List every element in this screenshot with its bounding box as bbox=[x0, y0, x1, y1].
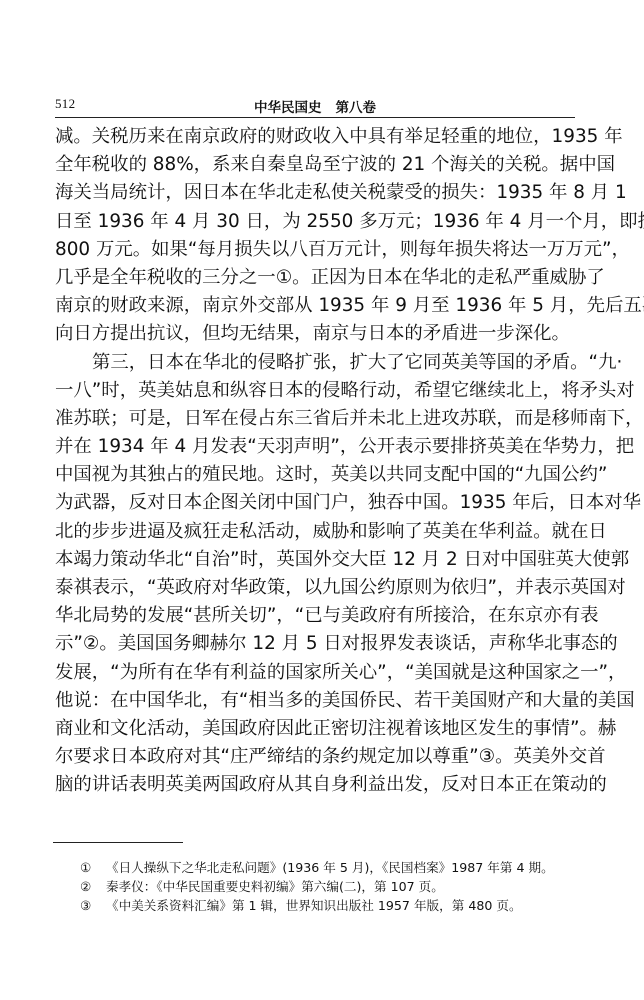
text-line: 华北局势的发展“甚所关切”，“已与美政府有所接洽，在东京亦有表 bbox=[55, 602, 577, 630]
text-line: 北的步步进逼及疯狂走私活动，威胁和影响了英美在华利益。就在日 bbox=[55, 518, 577, 546]
text-line: 中国视为其独占的殖民地。这时，英美以共同支配中国的“九国公约” bbox=[55, 461, 577, 489]
footnote-2: ② 秦孝仪：《中华民国重要史料初编》第六编(二)，第 107 页。 bbox=[80, 877, 580, 896]
text-line: 脑的讲话表明英美两国政府从其自身利益出发，反对日本正在策动的 bbox=[55, 771, 577, 799]
text-line: 南京的财政来源，南京外交部从 1935 年 9 月至 1936 年 5 月，先后… bbox=[55, 292, 577, 320]
running-header: 512 中华民国史第八卷 bbox=[55, 96, 575, 116]
footnote-rule bbox=[53, 842, 183, 843]
volume-label: 第八卷 bbox=[336, 100, 377, 116]
footnote-text: 秦孝仪：《中华民国重要史料初编》第六编(二)，第 107 页。 bbox=[106, 877, 444, 896]
text-line: 本竭力策动华北“自治”时，英国外交大臣 12 月 2 日对中国驻英大使郭 bbox=[55, 546, 577, 574]
text-line: 海关当局统计，因日本在华北走私使关税蒙受的损失：1935 年 8 月 1 bbox=[55, 179, 577, 207]
text-line: 他说：在中国华北，有“相当多的美国侨民、若干美国财产和大量的美国 bbox=[55, 687, 577, 715]
book-page: 512 中华民国史第八卷 减。关税历来在南京政府的财政收入中具有举足轻重的地位，… bbox=[0, 0, 644, 1000]
footnote-mark: ① bbox=[80, 858, 106, 877]
footnote-text: 《中美关系资料汇编》第 1 辑，世界知识出版社 1957 年版，第 480 页。 bbox=[106, 896, 522, 915]
book-title: 中华民国史 bbox=[254, 100, 322, 116]
text-line: 尔要求日本政府对其“庄严缔结的条约规定加以尊重”③。英美外交首 bbox=[55, 743, 577, 771]
body-text: 减。关税历来在南京政府的财政收入中具有举足轻重的地位，1935 年 全年税收的 … bbox=[55, 123, 577, 800]
text-line: 为武器，反对日本企图关闭中国门户，独吞中国。1935 年后，日本对华 bbox=[55, 489, 577, 517]
text-line: 减。关税历来在南京政府的财政收入中具有举足轻重的地位，1935 年 bbox=[55, 123, 577, 151]
text-line: 并在 1934 年 4 月发表“天羽声明”，公开表示要排挤英美在华势力，把 bbox=[55, 433, 577, 461]
text-line: 向日方提出抗议，但均无结果，南京与日本的矛盾进一步深化。 bbox=[55, 320, 577, 348]
header-rule bbox=[55, 117, 575, 118]
text-line: 示”②。美国国务卿赫尔 12 月 5 日对报界发表谈话，声称华北事态的 bbox=[55, 630, 577, 658]
text-line: 一八”时，英美姑息和纵容日本的侵略行动，希望它继续北上，将矛头对 bbox=[55, 377, 577, 405]
paragraph-start-line: 第三，日本在华北的侵略扩张，扩大了它同英美等国的矛盾。“九· bbox=[55, 349, 577, 377]
footnote-mark: ② bbox=[80, 877, 106, 896]
running-title: 中华民国史第八卷 bbox=[55, 96, 575, 116]
footnote-text: 《日人操纵下之华北走私问题》(1936 年 5 月)，《民国档案》1987 年第… bbox=[106, 858, 554, 877]
text-line: 日至 1936 年 4 月 30 日，为 2550 多万元；1936 年 4 月… bbox=[55, 208, 577, 236]
text-line: 泰祺表示，“英政府对华政策，以九国公约原则为依归”，并表示英国对 bbox=[55, 574, 577, 602]
footnote-3: ③ 《中美关系资料汇编》第 1 辑，世界知识出版社 1957 年版，第 480 … bbox=[80, 896, 580, 915]
text-line: 准苏联；可是，日军在侵占东三省后并未北上进攻苏联，而是移师南下， bbox=[55, 405, 577, 433]
text-line: 800 万元。如果“每月损失以八百万元计，则每年损失将达一万万元”， bbox=[55, 236, 577, 264]
text-line: 全年税收的 88%，系来自秦皇岛至宁波的 21 个海关的关税。据中国 bbox=[55, 151, 577, 179]
footnote-1: ① 《日人操纵下之华北走私问题》(1936 年 5 月)，《民国档案》1987 … bbox=[80, 858, 580, 877]
footnote-mark: ③ bbox=[80, 896, 106, 915]
text-line: 商业和文化活动，美国政府因此正密切注视着该地区发生的事情”。赫 bbox=[55, 715, 577, 743]
text-line: 几乎是全年税收的三分之一①。正因为日本在华北的走私严重威胁了 bbox=[55, 264, 577, 292]
text-line: 发展，“为所有在华有利益的国家所关心”，“美国就是这种国家之一”， bbox=[55, 659, 577, 687]
footnotes: ① 《日人操纵下之华北走私问题》(1936 年 5 月)，《民国档案》1987 … bbox=[80, 858, 580, 915]
